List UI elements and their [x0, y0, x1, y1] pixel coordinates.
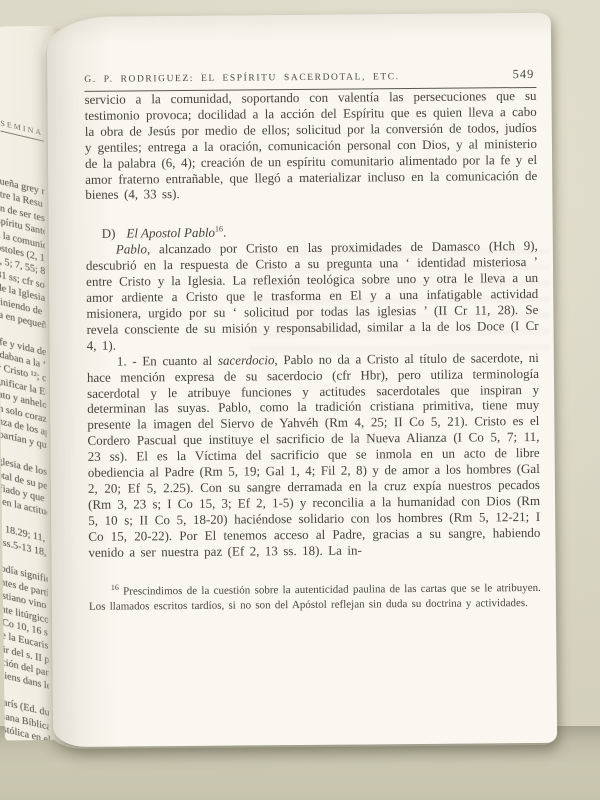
paragraph-2-rest: , alcanzado por Cristo en las proximidad… — [86, 238, 539, 352]
running-head-title: G. P. RODRIGUEZ: EL ESPÍRITU SACERDOTAL,… — [84, 72, 399, 85]
heading-title: El Apostol Pablo — [126, 225, 215, 241]
footnote-text: Prescindimos de la cuestión sobre la aut… — [89, 582, 541, 612]
paragraph-3-after: , Pablo no da a Cristo al título de sace… — [87, 350, 541, 560]
heading-prefix: D) — [102, 226, 116, 241]
text-block: G. P. RODRIGUEZ: EL ESPÍRITU SACERDOTAL,… — [84, 67, 541, 625]
paragraph-1: servicio a la comunidad, soportando con … — [84, 88, 537, 203]
heading-suffix: . — [223, 225, 226, 240]
paragraph-3-before: 1. - En cuanto al — [117, 352, 218, 368]
paragraph-2: Pablo, alcanzado por Cristo en las proxi… — [86, 238, 539, 353]
footnote: 16 Prescindimos de la cuestión sobre la … — [89, 581, 541, 614]
paragraph-3-italic-term: sacerdocio — [218, 352, 275, 367]
main-page: G. P. RODRIGUEZ: EL ESPÍRITU SACERDOTAL,… — [47, 13, 557, 747]
footnote-marker: 16 — [111, 583, 119, 592]
paragraph-2-lead-italic: Pablo — [116, 242, 147, 257]
paragraph-3: 1. - En cuanto al sacerdocio, Pablo no d… — [87, 350, 541, 561]
page-number: 549 — [513, 67, 535, 82]
